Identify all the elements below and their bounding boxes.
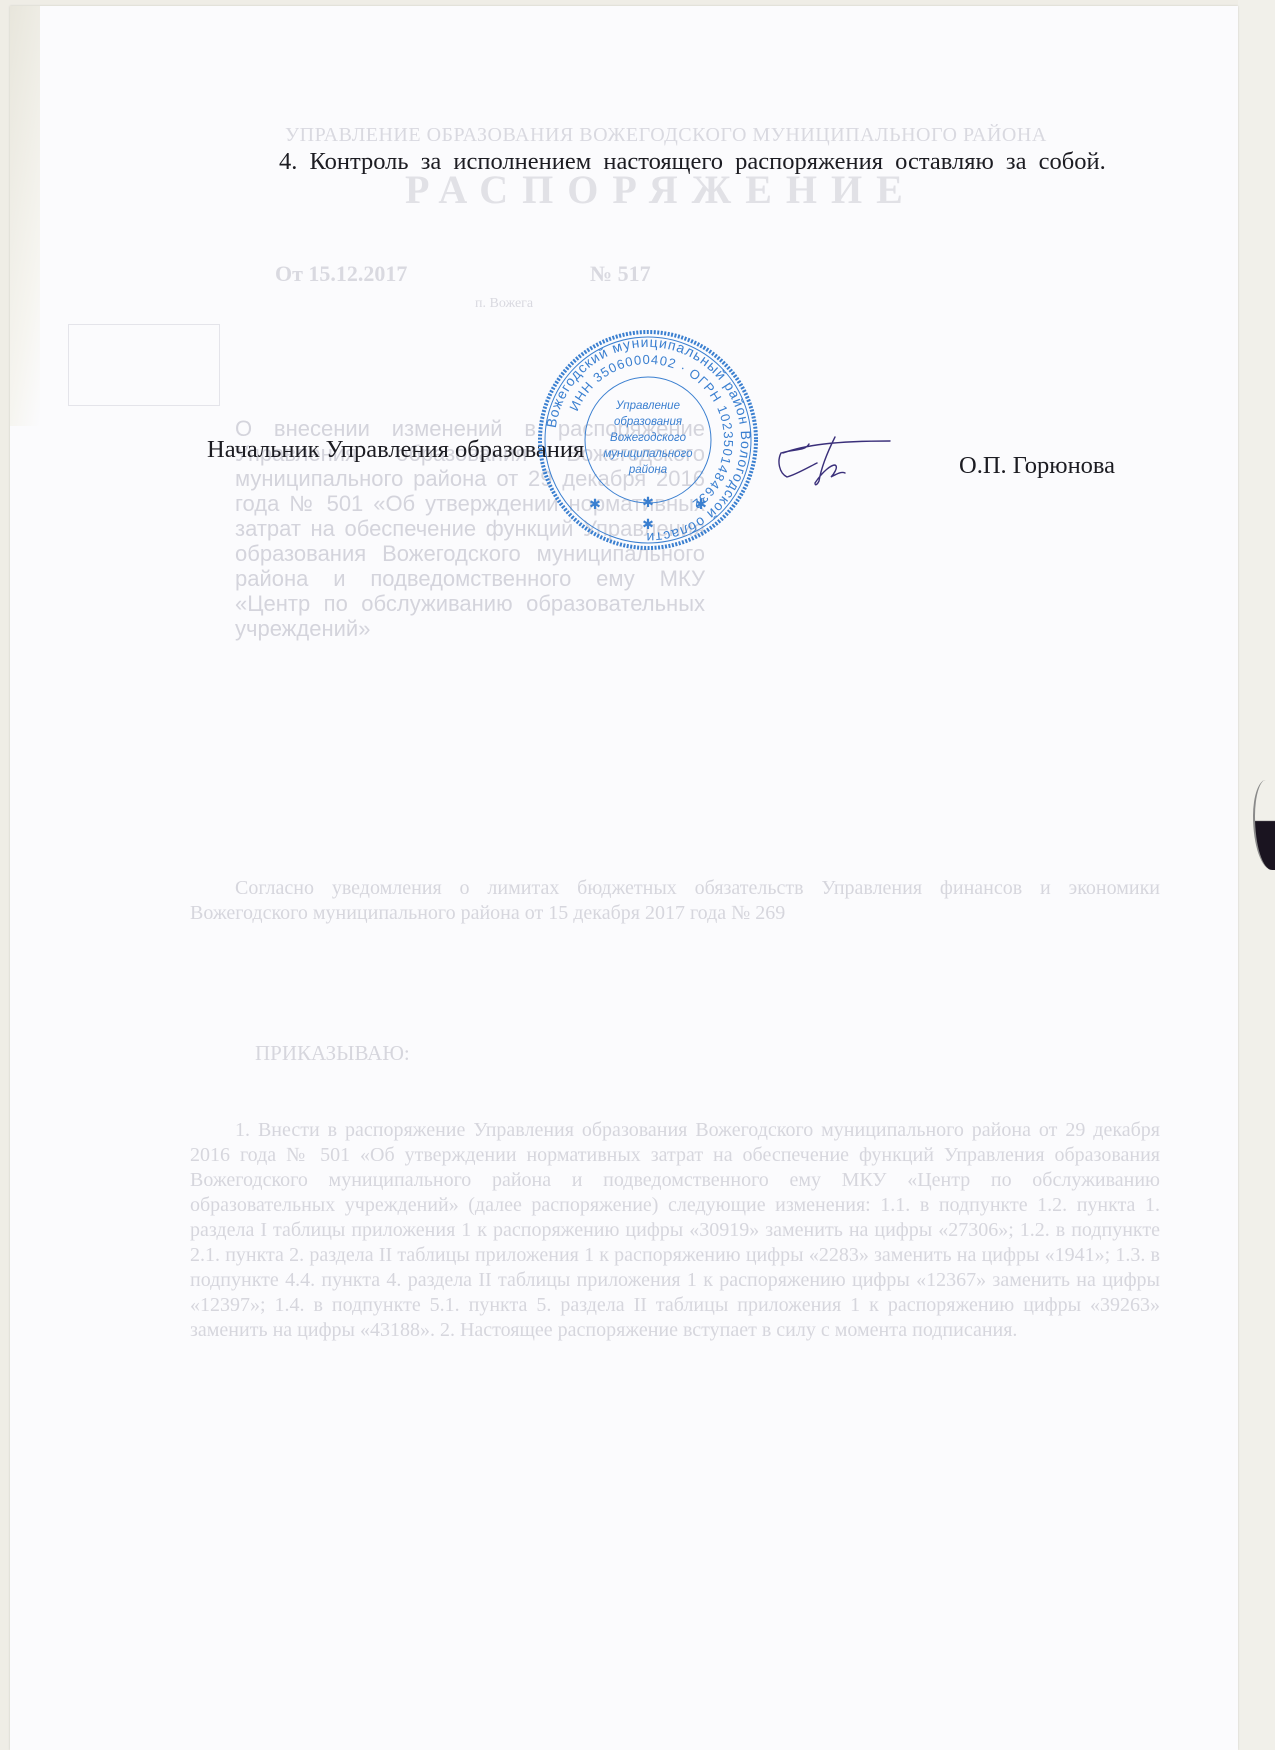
svg-text:муниципального: муниципального — [604, 448, 694, 460]
signer-title: Начальник Управления образования — [207, 434, 584, 466]
svg-text:района: района — [628, 464, 667, 476]
document-page: УПРАВЛЕНИЕ ОБРАЗОВАНИЯ ВОЖЕГОДСКОГО МУНИ… — [10, 6, 1238, 1750]
ghost-frame — [68, 324, 220, 406]
ghost-body: 1. Внести в распоряжение Управления обра… — [190, 1118, 1160, 1343]
page-fold-shadow — [10, 6, 40, 426]
ghost-header: УПРАВЛЕНИЕ ОБРАЗОВАНИЯ ВОЖЕГОДСКОГО МУНИ… — [285, 124, 1047, 147]
svg-text:✱: ✱ — [695, 498, 707, 513]
scan-background-edge — [1238, 0, 1275, 1750]
svg-text:Вожегодского: Вожегодского — [610, 432, 687, 444]
signer-name: О.П. Горюнова — [959, 450, 1115, 482]
svg-text:✱: ✱ — [642, 496, 654, 511]
ghost-place: п. Вожега — [475, 296, 533, 312]
official-stamp: Вожегодский муниципальный район Вологодс… — [537, 329, 759, 551]
svg-text:образования: образования — [614, 416, 682, 428]
ghost-number: № 517 — [590, 261, 651, 287]
svg-text:✱: ✱ — [642, 518, 654, 533]
svg-text:✱: ✱ — [589, 498, 601, 513]
paragraph-4: 4. Контроль за исполнением настоящего ра… — [207, 146, 1167, 178]
ghost-date: От 15.12.2017 — [275, 261, 407, 287]
ghost-order-word: ПРИКАЗЫВАЮ: — [255, 1041, 410, 1066]
ghost-preamble: Согласно уведомления о лимитах бюджетных… — [190, 876, 1160, 926]
handwritten-signature — [775, 431, 895, 491]
svg-text:Управление: Управление — [615, 400, 680, 412]
